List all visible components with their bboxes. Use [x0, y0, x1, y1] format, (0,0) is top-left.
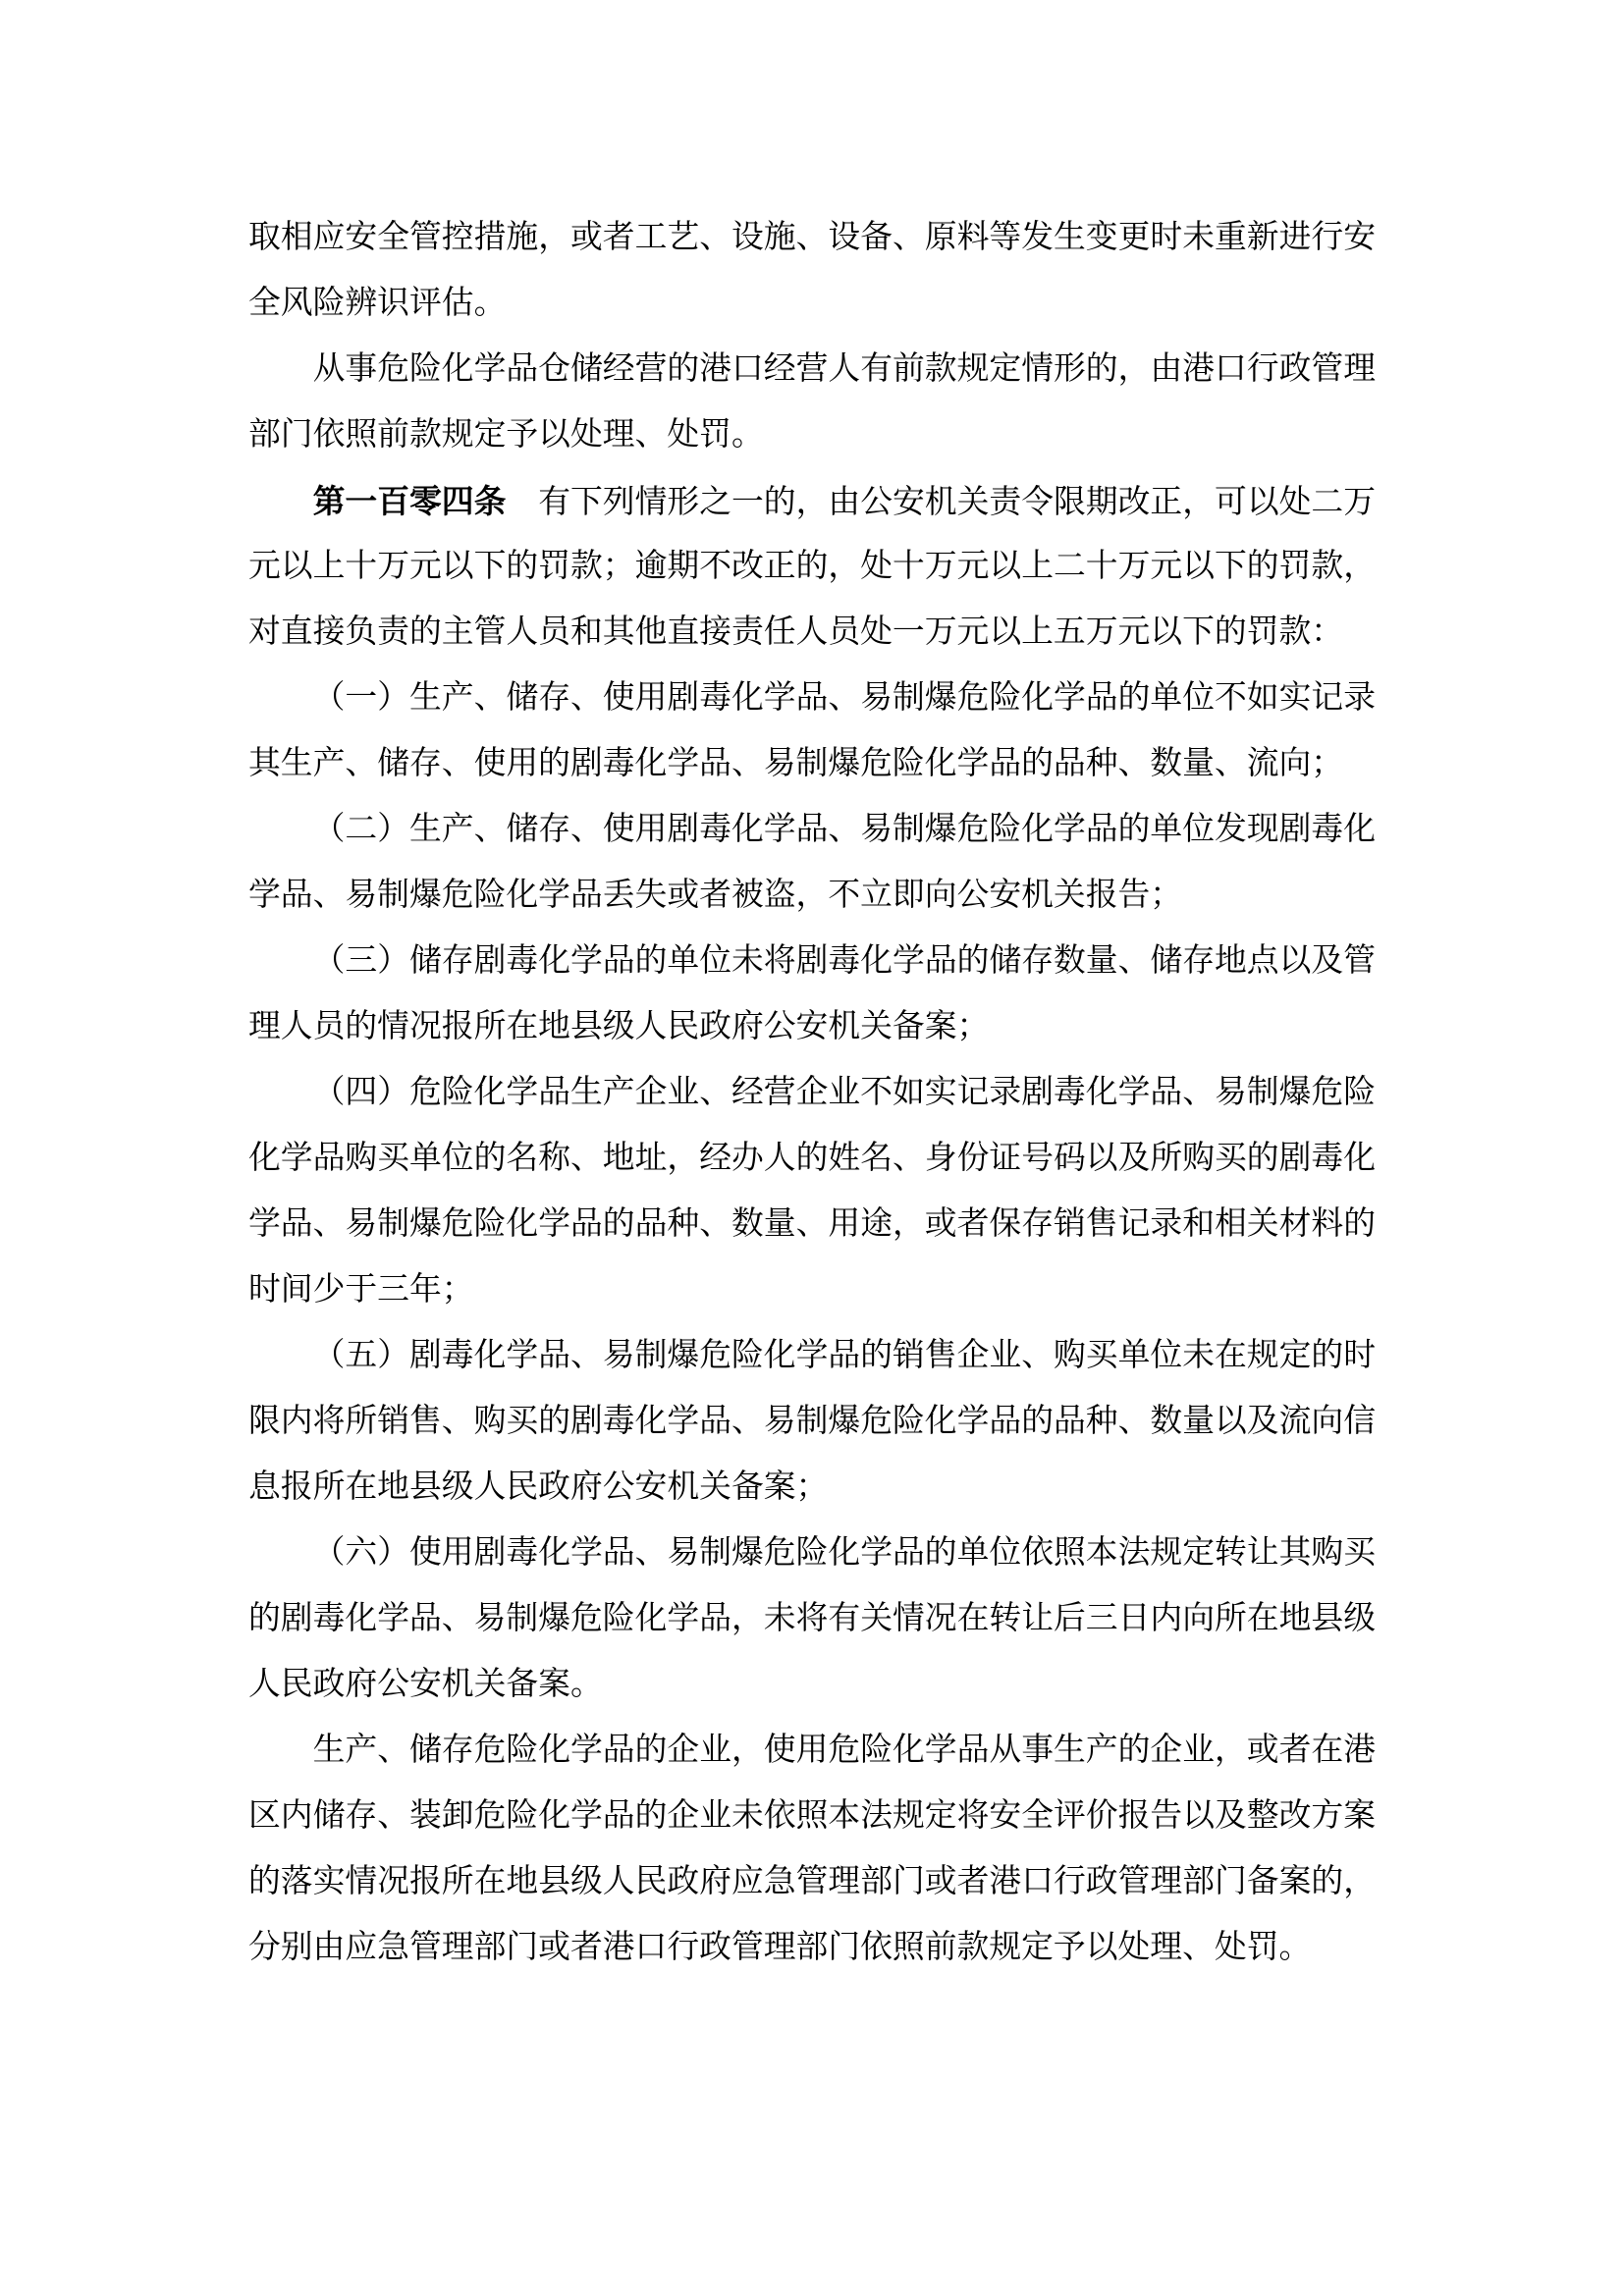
text-line: 学品、易制爆危险化学品的品种、数量、用途，或者保存销售记录和相关材料的 — [248, 1192, 1376, 1257]
text-line: 部门依照前款规定予以处理、处罚。 — [248, 402, 1376, 468]
text-line: （一）生产、储存、使用剧毒化学品、易制爆危险化学品的单位不如实记录 — [248, 666, 1376, 731]
text-line: 时间少于三年； — [248, 1257, 1376, 1323]
text-line: 的剧毒化学品、易制爆危险化学品，未将有关情况在转让后三日内向所在地县级 — [248, 1586, 1376, 1652]
paragraph-7: （四）危险化学品生产企业、经营企业不如实记录剧毒化学品、易制爆危险化学品购买单位… — [248, 1060, 1376, 1323]
paragraph-4: （一）生产、储存、使用剧毒化学品、易制爆危险化学品的单位不如实记录其生产、储存、… — [248, 666, 1376, 797]
paragraph-9: （六）使用剧毒化学品、易制爆危险化学品的单位依照本法规定转让其购买的剧毒化学品、… — [248, 1521, 1376, 1718]
text-line: 限内将所销售、购买的剧毒化学品、易制爆危险化学品的品种、数量以及流向信 — [248, 1389, 1376, 1455]
paragraph-8: （五）剧毒化学品、易制爆危险化学品的销售企业、购买单位未在规定的时限内将所销售、… — [248, 1323, 1376, 1521]
text-line: （六）使用剧毒化学品、易制爆危险化学品的单位依照本法规定转让其购买 — [248, 1521, 1376, 1586]
text-line: （五）剧毒化学品、易制爆危险化学品的销售企业、购买单位未在规定的时 — [248, 1323, 1376, 1389]
article-number: 第一百零四条 — [313, 483, 507, 519]
text-line: 的落实情况报所在地县级人民政府应急管理部门或者港口行政管理部门备案的， — [248, 1849, 1376, 1915]
text-line: （三）储存剧毒化学品的单位未将剧毒化学品的储存数量、储存地点以及管 — [248, 929, 1376, 994]
document-text-block: 取相应安全管控措施，或者工艺、设施、设备、原料等发生变更时未重新进行安全风险辨识… — [248, 205, 1376, 1981]
paragraph-6: （三）储存剧毒化学品的单位未将剧毒化学品的储存数量、储存地点以及管理人员的情况报… — [248, 929, 1376, 1060]
text-line: 分别由应急管理部门或者港口行政管理部门依照前款规定予以处理、处罚。 — [248, 1915, 1376, 1981]
text-line: 对直接负责的主管人员和其他直接责任人员处一万元以上五万元以下的罚款： — [248, 600, 1376, 666]
text-line: 取相应安全管控措施，或者工艺、设施、设备、原料等发生变更时未重新进行安 — [248, 205, 1376, 271]
paragraph-3: 第一百零四条 有下列情形之一的，由公安机关责令限期改正，可以处二万元以上十万元以… — [248, 468, 1376, 666]
text-line: 人民政府公安机关备案。 — [248, 1652, 1376, 1718]
text-line: 其生产、储存、使用的剧毒化学品、易制爆危险化学品的品种、数量、流向； — [248, 731, 1376, 797]
text-line: （二）生产、储存、使用剧毒化学品、易制爆危险化学品的单位发现剧毒化 — [248, 797, 1376, 863]
text-line: 生产、储存危险化学品的企业，使用危险化学品从事生产的企业，或者在港 — [248, 1718, 1376, 1784]
text-line: 全风险辨识评估。 — [248, 271, 1376, 337]
text-line: 理人员的情况报所在地县级人民政府公安机关备案； — [248, 994, 1376, 1060]
text-line: 从事危险化学品仓储经营的港口经营人有前款规定情形的，由港口行政管理 — [248, 337, 1376, 402]
text-line: 化学品购买单位的名称、地址，经办人的姓名、身份证号码以及所购买的剧毒化 — [248, 1126, 1376, 1192]
text-line: 元以上十万元以下的罚款；逾期不改正的，处十万元以上二十万元以下的罚款， — [248, 534, 1376, 600]
text-line: 区内储存、装卸危险化学品的企业未依照本法规定将安全评价报告以及整改方案 — [248, 1784, 1376, 1849]
text-line: （四）危险化学品生产企业、经营企业不如实记录剧毒化学品、易制爆危险 — [248, 1060, 1376, 1126]
paragraph-1: 取相应安全管控措施，或者工艺、设施、设备、原料等发生变更时未重新进行安全风险辨识… — [248, 205, 1376, 337]
text-line: 第一百零四条 有下列情形之一的，由公安机关责令限期改正，可以处二万 — [248, 468, 1376, 534]
text-line: 学品、易制爆危险化学品丢失或者被盗，不立即向公安机关报告； — [248, 863, 1376, 929]
paragraph-5: （二）生产、储存、使用剧毒化学品、易制爆危险化学品的单位发现剧毒化学品、易制爆危… — [248, 797, 1376, 929]
paragraph-10: 生产、储存危险化学品的企业，使用危险化学品从事生产的企业，或者在港区内储存、装卸… — [248, 1718, 1376, 1981]
document-page: 取相应安全管控措施，或者工艺、设施、设备、原料等发生变更时未重新进行安全风险辨识… — [0, 0, 1624, 2296]
paragraph-2: 从事危险化学品仓储经营的港口经营人有前款规定情形的，由港口行政管理部门依照前款规… — [248, 337, 1376, 468]
text-line: 息报所在地县级人民政府公安机关备案； — [248, 1455, 1376, 1521]
